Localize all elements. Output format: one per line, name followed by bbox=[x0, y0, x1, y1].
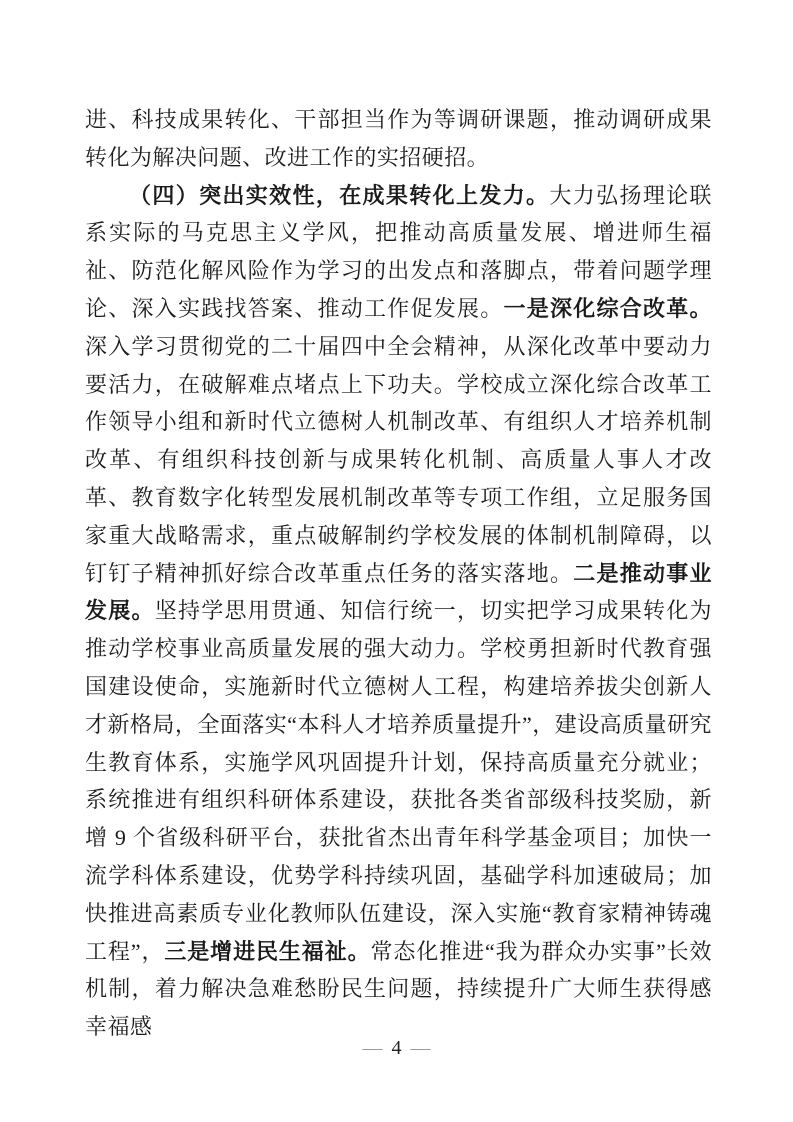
page-footer: —4— bbox=[0, 1036, 793, 1060]
emphasis-run: 三是增进民生福祉。 bbox=[164, 939, 370, 964]
page-number: 4 bbox=[392, 1037, 402, 1059]
footer-dash-right: — bbox=[402, 1037, 440, 1059]
paragraph: （四）突出实效性，在成果转化上发力。大力弘扬理论联系实际的马克思主义学风，把推动… bbox=[85, 177, 712, 1046]
footer-dash-left: — bbox=[354, 1037, 392, 1059]
page-body-text: 进、科技成果转化、干部担当作为等调研课题，推动调研成果转化为解决问题、改进工作的… bbox=[85, 101, 712, 1046]
emphasis-run: （四）突出实效性，在成果转化上发力。 bbox=[129, 183, 549, 208]
document-page: 进、科技成果转化、干部担当作为等调研课题，推动调研成果转化为解决问题、改进工作的… bbox=[0, 0, 793, 1122]
paragraph: 进、科技成果转化、干部担当作为等调研课题，推动调研成果转化为解决问题、改进工作的… bbox=[85, 101, 712, 177]
text-run: 深入学习贯彻党的二十届四中全会精神，从深化改革中要动力要活力，在破解难点堵点上下… bbox=[85, 334, 712, 586]
text-run: 进、科技成果转化、干部担当作为等调研课题，推动调研成果转化为解决问题、改进工作的… bbox=[85, 107, 712, 170]
text-run: 坚持学思用贯通、知信行统一，切实把学习成果转化为推动学校事业高质量发展的强大动力… bbox=[85, 598, 712, 963]
paragraphs-container: 进、科技成果转化、干部担当作为等调研课题，推动调研成果转化为解决问题、改进工作的… bbox=[85, 101, 712, 1046]
emphasis-run: 一是深化综合改革。 bbox=[504, 296, 712, 321]
